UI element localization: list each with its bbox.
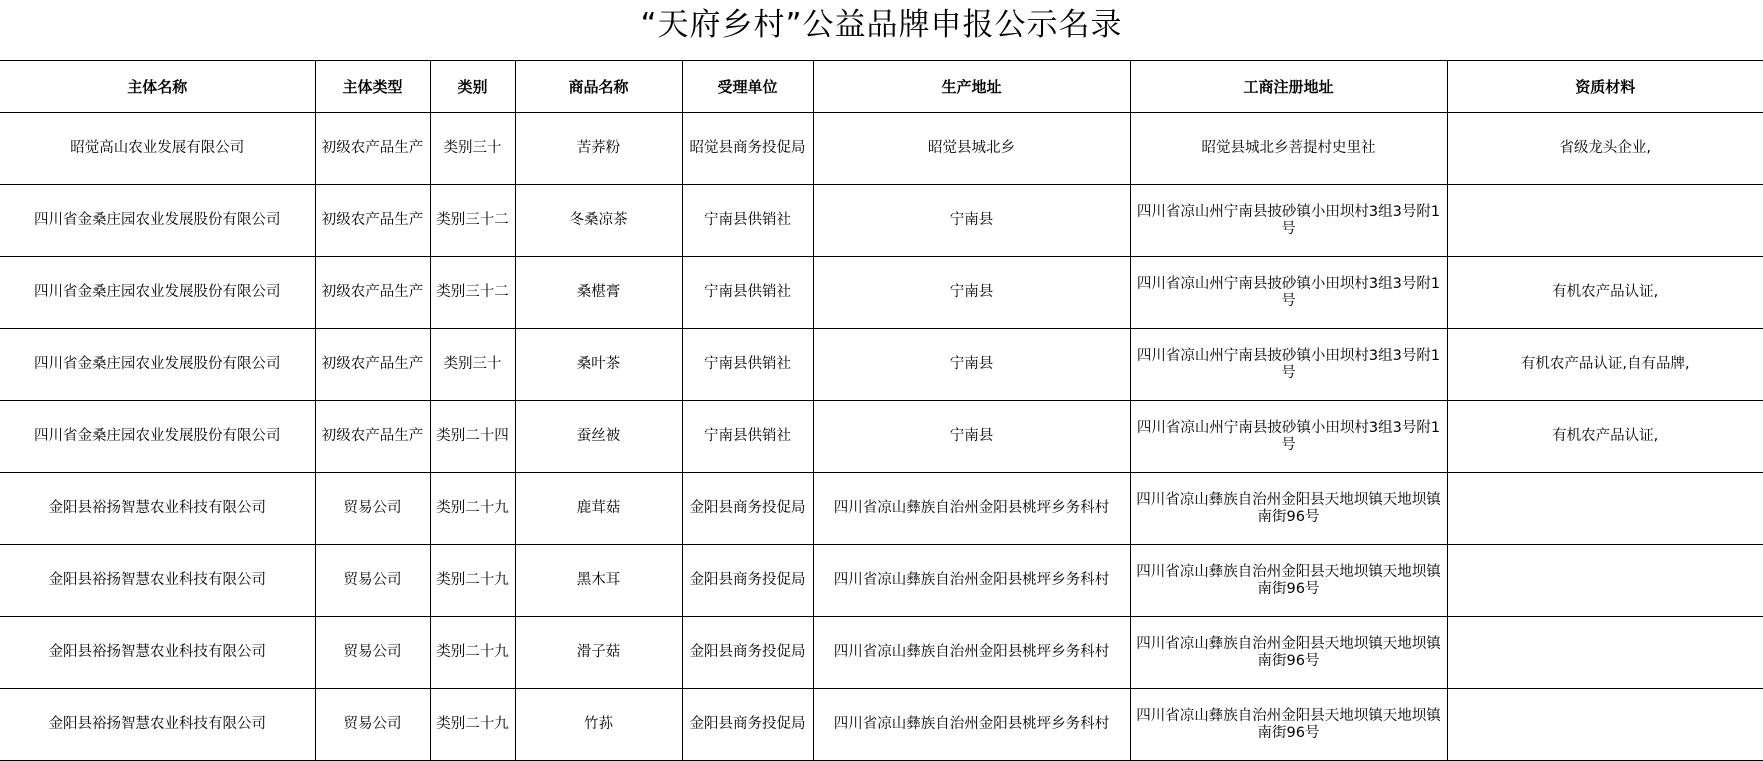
- table-row: 四川省金桑庄园农业发展股份有限公司 初级农产品生产 类别二十四 蚕丝被 宁南县供…: [0, 401, 1763, 473]
- cell-entity-name: 昭觉高山农业发展有限公司: [0, 113, 315, 185]
- cell-accepting-unit: 宁南县供销社: [682, 257, 813, 329]
- cell-accepting-unit: 金阳县商务投促局: [682, 473, 813, 545]
- cell-qualifications: [1447, 617, 1763, 689]
- cell-entity-name: 金阳县裕扬智慧农业科技有限公司: [0, 473, 315, 545]
- cell-registered-address: 四川省凉山州宁南县披砂镇小田坝村3组3号附1号: [1130, 185, 1447, 257]
- cell-entity-type: 初级农产品生产: [315, 257, 430, 329]
- cell-production-address: 四川省凉山彝族自治州金阳县桃坪乡务科村: [813, 689, 1130, 761]
- page-title: “天府乡村”公益品牌申报公示名录: [0, 0, 1763, 60]
- cell-registered-address: 四川省凉山州宁南县披砂镇小田坝村3组3号附1号: [1130, 257, 1447, 329]
- cell-qualifications: 有机农产品认证,: [1447, 257, 1763, 329]
- cell-entity-name: 金阳县裕扬智慧农业科技有限公司: [0, 545, 315, 617]
- cell-accepting-unit: 金阳县商务投促局: [682, 617, 813, 689]
- cell-category: 类别三十: [430, 329, 515, 401]
- table-row: 四川省金桑庄园农业发展股份有限公司 初级农产品生产 类别三十二 桑椹膏 宁南县供…: [0, 257, 1763, 329]
- header-category: 类别: [430, 61, 515, 113]
- cell-product-name: 滑子菇: [515, 617, 682, 689]
- cell-product-name: 苦荞粉: [515, 113, 682, 185]
- cell-production-address: 昭觉县城北乡: [813, 113, 1130, 185]
- cell-production-address: 宁南县: [813, 185, 1130, 257]
- table-row: 金阳县裕扬智慧农业科技有限公司 贸易公司 类别二十九 竹荪 金阳县商务投促局 四…: [0, 689, 1763, 761]
- cell-product-name: 黑木耳: [515, 545, 682, 617]
- table-row: 金阳县裕扬智慧农业科技有限公司 贸易公司 类别二十九 滑子菇 金阳县商务投促局 …: [0, 617, 1763, 689]
- cell-registered-address: 昭觉县城北乡菩提村史里社: [1130, 113, 1447, 185]
- cell-registered-address: 四川省凉山州宁南县披砂镇小田坝村3组3号附1号: [1130, 401, 1447, 473]
- cell-entity-name: 金阳县裕扬智慧农业科技有限公司: [0, 689, 315, 761]
- header-accepting-unit: 受理单位: [682, 61, 813, 113]
- cell-product-name: 桑椹膏: [515, 257, 682, 329]
- cell-category: 类别三十二: [430, 185, 515, 257]
- applicant-table: 主体名称 主体类型 类别 商品名称 受理单位 生产地址 工商注册地址 资质材料 …: [0, 60, 1763, 761]
- cell-category: 类别二十四: [430, 401, 515, 473]
- cell-accepting-unit: 宁南县供销社: [682, 185, 813, 257]
- cell-entity-name: 四川省金桑庄园农业发展股份有限公司: [0, 329, 315, 401]
- cell-entity-type: 初级农产品生产: [315, 185, 430, 257]
- cell-entity-type: 初级农产品生产: [315, 113, 430, 185]
- cell-category: 类别三十: [430, 113, 515, 185]
- cell-production-address: 宁南县: [813, 257, 1130, 329]
- cell-category: 类别二十九: [430, 689, 515, 761]
- table-header-row: 主体名称 主体类型 类别 商品名称 受理单位 生产地址 工商注册地址 资质材料: [0, 61, 1763, 113]
- cell-product-name: 竹荪: [515, 689, 682, 761]
- header-product-name: 商品名称: [515, 61, 682, 113]
- cell-registered-address: 四川省凉山州宁南县披砂镇小田坝村3组3号附1号: [1130, 329, 1447, 401]
- header-entity-name: 主体名称: [0, 61, 315, 113]
- cell-accepting-unit: 昭觉县商务投促局: [682, 113, 813, 185]
- cell-entity-type: 贸易公司: [315, 473, 430, 545]
- cell-production-address: 四川省凉山彝族自治州金阳县桃坪乡务科村: [813, 545, 1130, 617]
- cell-production-address: 宁南县: [813, 329, 1130, 401]
- cell-entity-name: 四川省金桑庄园农业发展股份有限公司: [0, 257, 315, 329]
- cell-production-address: 四川省凉山彝族自治州金阳县桃坪乡务科村: [813, 473, 1130, 545]
- cell-category: 类别二十九: [430, 545, 515, 617]
- cell-category: 类别二十九: [430, 617, 515, 689]
- cell-entity-name: 四川省金桑庄园农业发展股份有限公司: [0, 185, 315, 257]
- cell-registered-address: 四川省凉山彝族自治州金阳县天地坝镇天地坝镇南街96号: [1130, 473, 1447, 545]
- cell-accepting-unit: 宁南县供销社: [682, 401, 813, 473]
- cell-entity-type: 贸易公司: [315, 545, 430, 617]
- header-production-address: 生产地址: [813, 61, 1130, 113]
- cell-entity-name: 四川省金桑庄园农业发展股份有限公司: [0, 401, 315, 473]
- table-row: 金阳县裕扬智慧农业科技有限公司 贸易公司 类别二十九 黑木耳 金阳县商务投促局 …: [0, 545, 1763, 617]
- cell-registered-address: 四川省凉山彝族自治州金阳县天地坝镇天地坝镇南街96号: [1130, 689, 1447, 761]
- table-row: 四川省金桑庄园农业发展股份有限公司 初级农产品生产 类别三十二 冬桑凉茶 宁南县…: [0, 185, 1763, 257]
- header-registered-address: 工商注册地址: [1130, 61, 1447, 113]
- cell-product-name: 桑叶茶: [515, 329, 682, 401]
- cell-entity-name: 金阳县裕扬智慧农业科技有限公司: [0, 617, 315, 689]
- cell-qualifications: [1447, 689, 1763, 761]
- cell-category: 类别三十二: [430, 257, 515, 329]
- cell-entity-type: 贸易公司: [315, 689, 430, 761]
- table-row: 昭觉高山农业发展有限公司 初级农产品生产 类别三十 苦荞粉 昭觉县商务投促局 昭…: [0, 113, 1763, 185]
- cell-qualifications: 有机农产品认证,自有品牌,: [1447, 329, 1763, 401]
- cell-product-name: 鹿茸菇: [515, 473, 682, 545]
- cell-qualifications: 有机农产品认证,: [1447, 401, 1763, 473]
- table-row: 金阳县裕扬智慧农业科技有限公司 贸易公司 类别二十九 鹿茸菇 金阳县商务投促局 …: [0, 473, 1763, 545]
- cell-production-address: 四川省凉山彝族自治州金阳县桃坪乡务科村: [813, 617, 1130, 689]
- cell-registered-address: 四川省凉山彝族自治州金阳县天地坝镇天地坝镇南街96号: [1130, 617, 1447, 689]
- cell-qualifications: [1447, 545, 1763, 617]
- cell-entity-type: 贸易公司: [315, 617, 430, 689]
- header-entity-type: 主体类型: [315, 61, 430, 113]
- cell-registered-address: 四川省凉山彝族自治州金阳县天地坝镇天地坝镇南街96号: [1130, 545, 1447, 617]
- table-row: 四川省金桑庄园农业发展股份有限公司 初级农产品生产 类别三十 桑叶茶 宁南县供销…: [0, 329, 1763, 401]
- cell-qualifications: [1447, 185, 1763, 257]
- cell-entity-type: 初级农产品生产: [315, 329, 430, 401]
- cell-entity-type: 初级农产品生产: [315, 401, 430, 473]
- cell-accepting-unit: 宁南县供销社: [682, 329, 813, 401]
- cell-qualifications: [1447, 473, 1763, 545]
- cell-product-name: 蚕丝被: [515, 401, 682, 473]
- cell-accepting-unit: 金阳县商务投促局: [682, 689, 813, 761]
- cell-product-name: 冬桑凉茶: [515, 185, 682, 257]
- cell-category: 类别二十九: [430, 473, 515, 545]
- cell-qualifications: 省级龙头企业,: [1447, 113, 1763, 185]
- header-qualifications: 资质材料: [1447, 61, 1763, 113]
- cell-production-address: 宁南县: [813, 401, 1130, 473]
- cell-accepting-unit: 金阳县商务投促局: [682, 545, 813, 617]
